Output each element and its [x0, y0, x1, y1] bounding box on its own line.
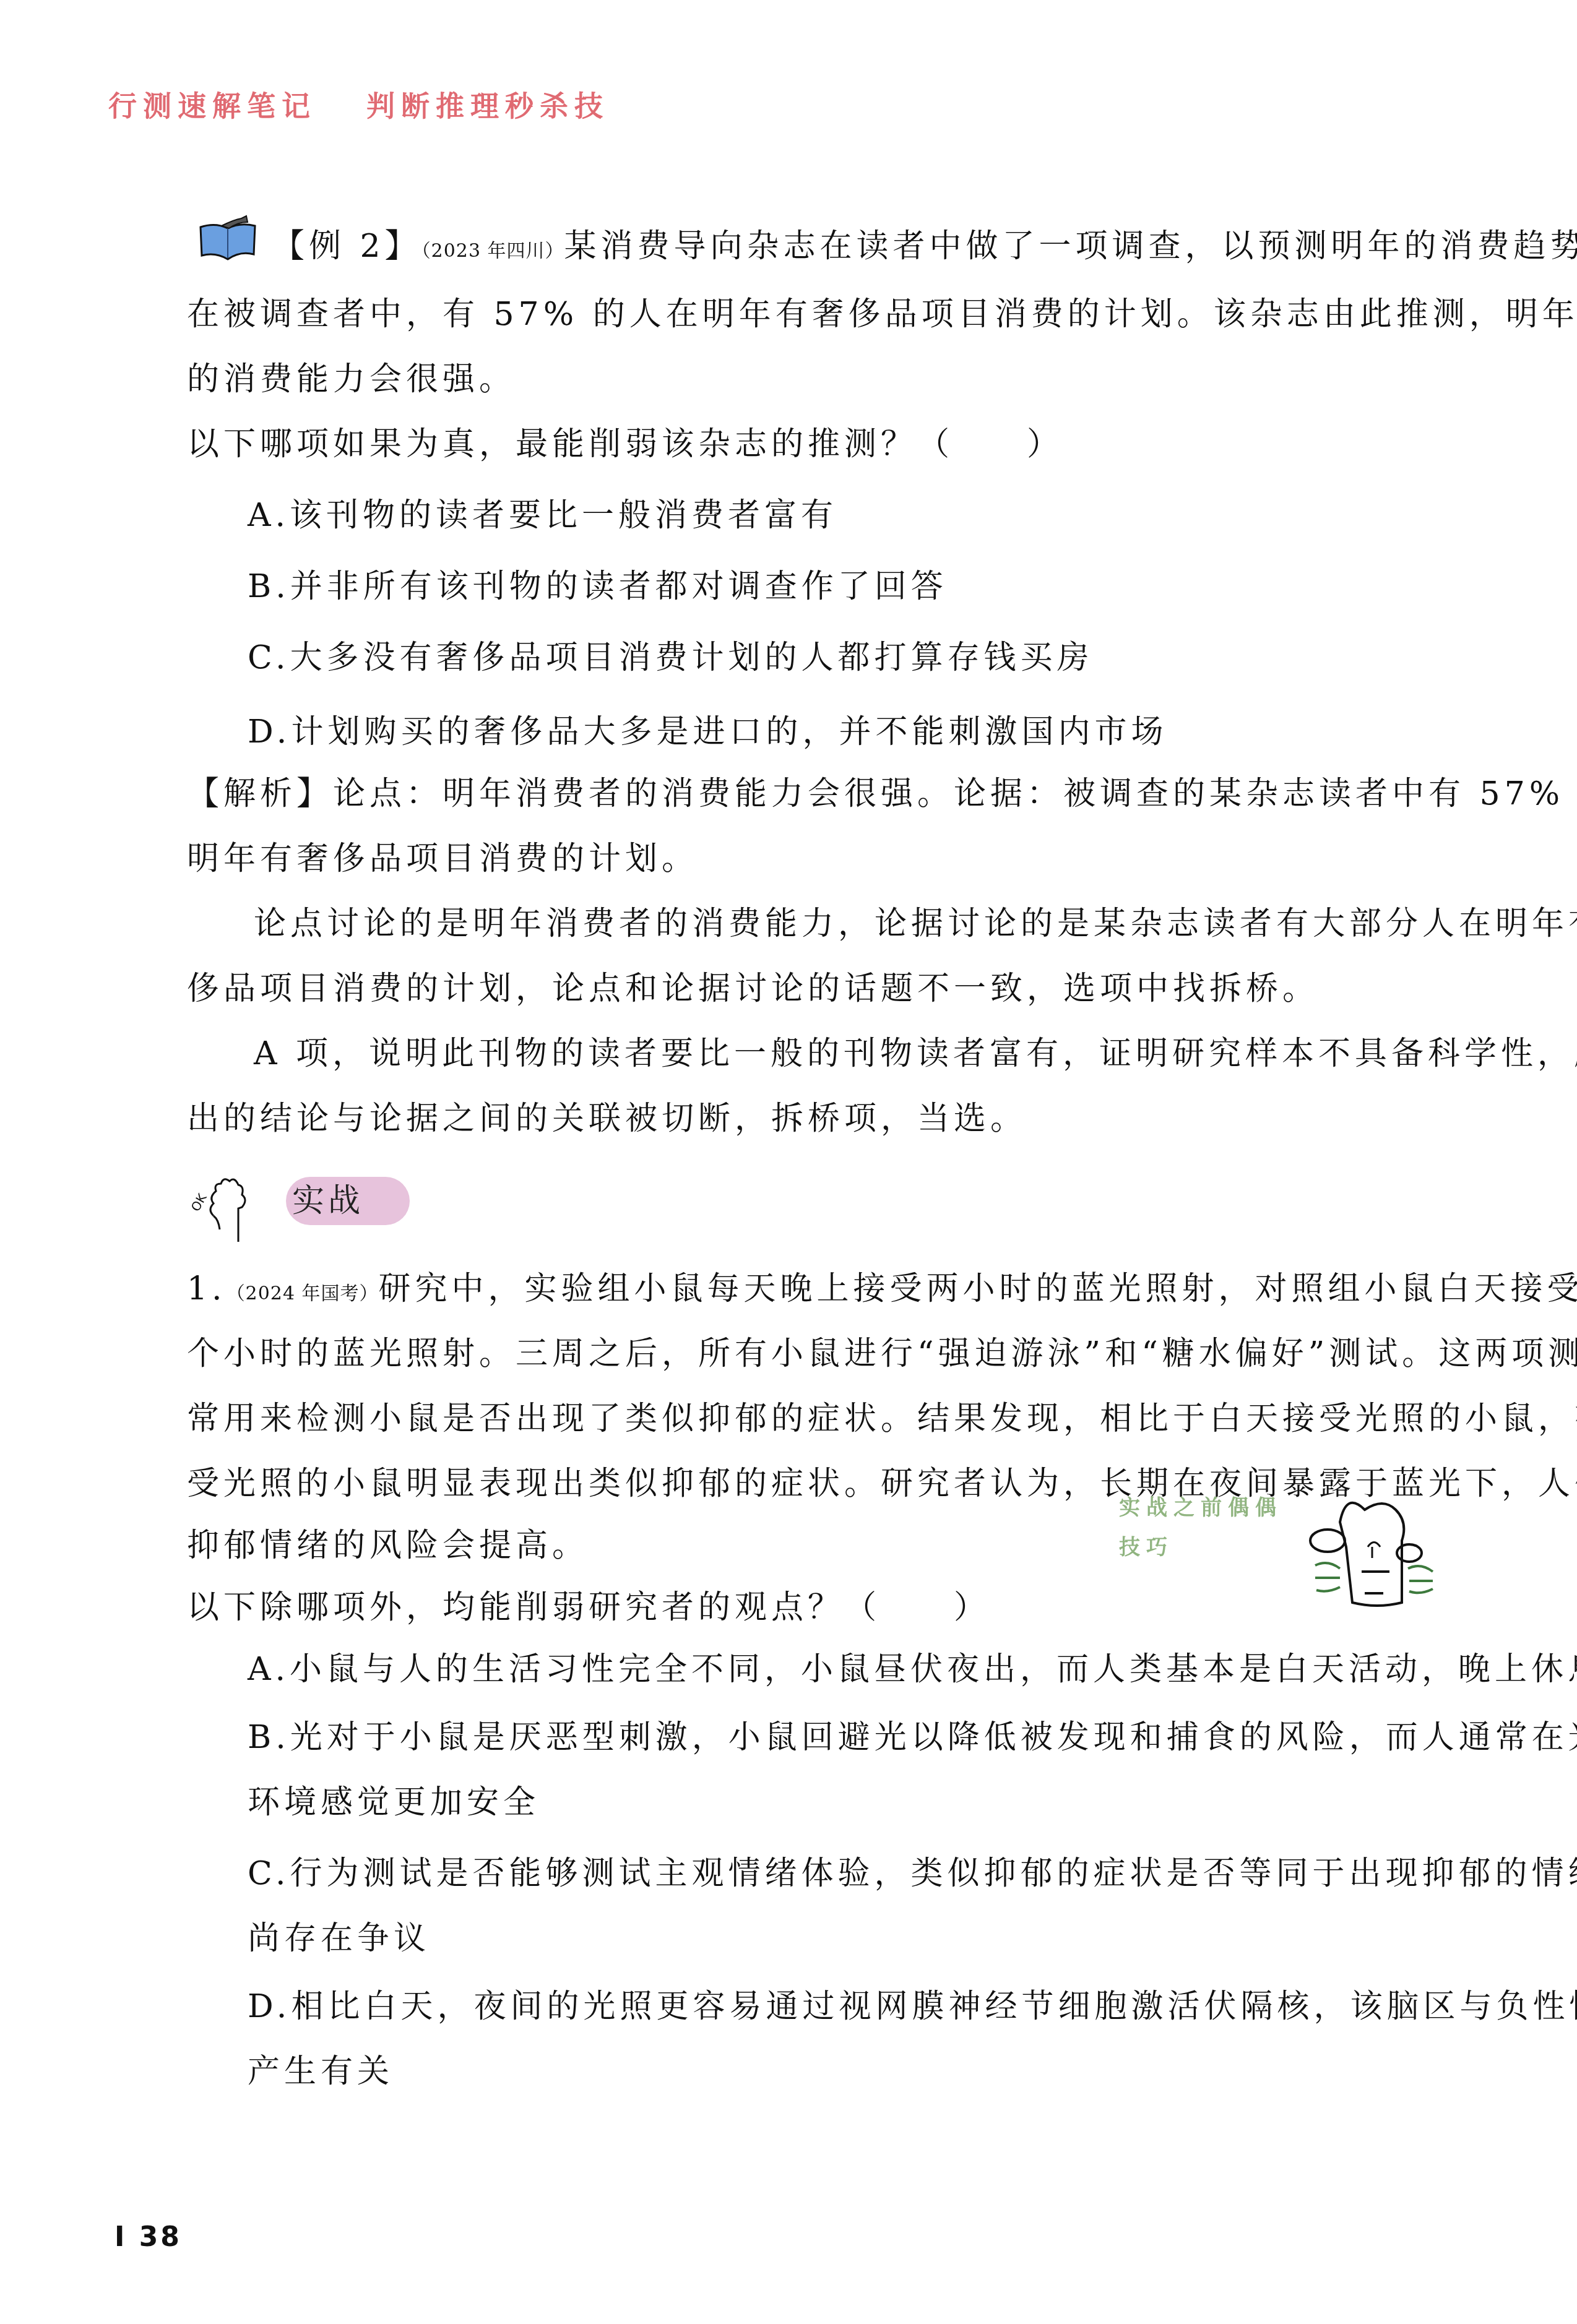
- option-key: D.: [248, 713, 291, 751]
- svg-text:OK: OK: [189, 1190, 210, 1214]
- practice-badge: 实战: [286, 1177, 410, 1225]
- practice-stem-line-2: 个小时的蓝光照射。三周之后，所有小鼠进行“强迫游泳”和“糖水偏好”测试。这两项测…: [187, 1327, 1577, 1374]
- example-stem-line-1: 某消费导向杂志在读者中做了一项调查，以预测明年的消费趋势。: [564, 228, 1577, 265]
- option-text: 小鼠与人的生活习性完全不同，小鼠昼伏夜出，而人类基本是白天活动，晚上休息: [290, 1651, 1577, 1688]
- example-option-a[interactable]: A.该刊物的读者要比一般消费者富有: [248, 489, 837, 535]
- cartoon-mascot-icon: [1303, 1485, 1445, 1615]
- example-option-d[interactable]: D.计划购买的奢侈品大多是进口的，并不能刺激国内市场: [248, 705, 1167, 752]
- practice-option-c[interactable]: C.行为测试是否能够测试主观情绪体验，类似抑郁的症状是否等同于出现抑郁的情绪体验…: [248, 1847, 1577, 1893]
- practice-question-header: 1.（2024 年国考）研究中，实验组小鼠每天晚上接受两小时的蓝光照射，对照组小…: [187, 1262, 1577, 1309]
- analysis-line-3: 论点讨论的是明年消费者的消费能力，论据讨论的是某杂志读者有大部分人在明年有奢: [254, 897, 1577, 944]
- open-book-icon: [197, 213, 259, 263]
- analysis-line-2: 明年有奢侈品项目消费的计划。: [187, 832, 698, 879]
- option-key: D.: [248, 1988, 291, 2025]
- example-header: 【例 2】（2023 年四川）某消费导向杂志在读者中做了一项调查，以预测明年的消…: [272, 220, 1577, 266]
- option-key: C.: [248, 639, 290, 676]
- example-stem-line-2: 在被调查者中，有 57% 的人在明年有奢侈品项目消费的计划。该杂志由此推测，明年…: [187, 288, 1577, 334]
- option-key: A.: [248, 497, 290, 534]
- chapter-title: 判断推理秒杀技: [366, 89, 609, 123]
- practice-option-c-cont: 尚存在争议: [248, 1912, 430, 1958]
- example-option-c[interactable]: C.大多没有奢侈品项目消费计划的人都打算存钱买房: [248, 631, 1093, 678]
- practice-option-b[interactable]: B.光对于小鼠是厌恶型刺激，小鼠回避光以降低被发现和捕食的风险，而人通常在光明的: [248, 1711, 1577, 1757]
- option-text: 计划购买的奢侈品大多是进口的，并不能刺激国内市场: [291, 713, 1167, 751]
- option-key: B.: [248, 1719, 290, 1756]
- option-key: C.: [248, 1855, 290, 1892]
- analysis-line-1: 【解析】论点：明年消费者的消费能力会很强。论据：被调查的某杂志读者中有 57% …: [187, 767, 1577, 814]
- option-text: 大多没有奢侈品项目消费计划的人都打算存钱买房: [290, 639, 1093, 676]
- example-question: 以下哪项如果为真，最能削弱该杂志的推测？（ ）: [187, 418, 1063, 464]
- option-text: 光对于小鼠是厌恶型刺激，小鼠回避光以降低被发现和捕食的风险，而人通常在光明的: [290, 1719, 1577, 1756]
- example-label: 【例 2】: [272, 228, 421, 265]
- page-number: I 38: [114, 2221, 182, 2253]
- example-stem-line-3: 的消费能力会很强。: [187, 353, 516, 399]
- analysis-line-6: 出的结论与论据之间的关联被切断，拆桥项，当选。: [187, 1092, 1027, 1138]
- option-text: 相比白天，夜间的光照更容易通过视网膜神经节细胞激活伏隔核，该脑区与负性情绪的: [291, 1988, 1577, 2025]
- option-key: A.: [248, 1651, 290, 1688]
- practice-option-d[interactable]: D.相比白天，夜间的光照更容易通过视网膜神经节细胞激活伏隔核，该脑区与负性情绪的: [248, 1980, 1577, 2026]
- tip-note: 实战之前偶偶 技巧: [1119, 1488, 1305, 1567]
- tip-note-line-1: 实战之前偶偶: [1119, 1488, 1305, 1528]
- question-number: 1.: [187, 1270, 227, 1307]
- example-source: （2023 年四川）: [421, 240, 564, 262]
- example-option-b[interactable]: B.并非所有该刊物的读者都对调查作了回答: [248, 560, 948, 606]
- book-title: 行测速解笔记: [108, 89, 316, 123]
- analysis-label: 【解析】: [187, 775, 333, 812]
- option-text: 该刊物的读者要比一般消费者富有: [290, 497, 837, 534]
- practice-question: 以下除哪项外，均能削弱研究者的观点？（ ）: [187, 1581, 990, 1627]
- practice-stem-line-1: 研究中，实验组小鼠每天晚上接受两小时的蓝光照射，对照组小鼠白天接受两: [379, 1270, 1577, 1307]
- option-text: 并非所有该刊物的读者都对调查作了回答: [290, 568, 948, 605]
- practice-option-b-cont: 环境感觉更加安全: [248, 1776, 540, 1822]
- question-source: （2024 年国考）: [227, 1283, 379, 1304]
- running-header: 行测速解笔记 判断推理秒杀技: [108, 84, 643, 124]
- ok-hand-icon: OK: [189, 1173, 269, 1247]
- analysis-line-5: A 项，说明此刊物的读者要比一般的刊物读者富有，证明研究样本不具备科学性，所得: [254, 1027, 1577, 1074]
- practice-option-a[interactable]: A.小鼠与人的生活习性完全不同，小鼠昼伏夜出，而人类基本是白天活动，晚上休息: [248, 1643, 1577, 1689]
- tip-note-line-2: 技巧: [1119, 1528, 1305, 1567]
- analysis-text: 论点：明年消费者的消费能力会很强。论据：被调查的某杂志读者中有 57% 的人在: [333, 775, 1577, 812]
- practice-stem-line-5: 抑郁情绪的风险会提高。: [187, 1519, 589, 1565]
- analysis-line-4: 侈品项目消费的计划，论点和论据讨论的话题不一致，选项中找拆桥。: [187, 962, 1319, 1009]
- option-key: B.: [248, 568, 290, 605]
- practice-stem-line-3: 常用来检测小鼠是否出现了类似抑郁的症状。结果发现，相比于白天接受光照的小鼠，夜间…: [187, 1392, 1577, 1439]
- practice-option-d-cont: 产生有关: [248, 2045, 394, 2091]
- option-text: 行为测试是否能够测试主观情绪体验，类似抑郁的症状是否等同于出现抑郁的情绪体验，: [290, 1855, 1577, 1892]
